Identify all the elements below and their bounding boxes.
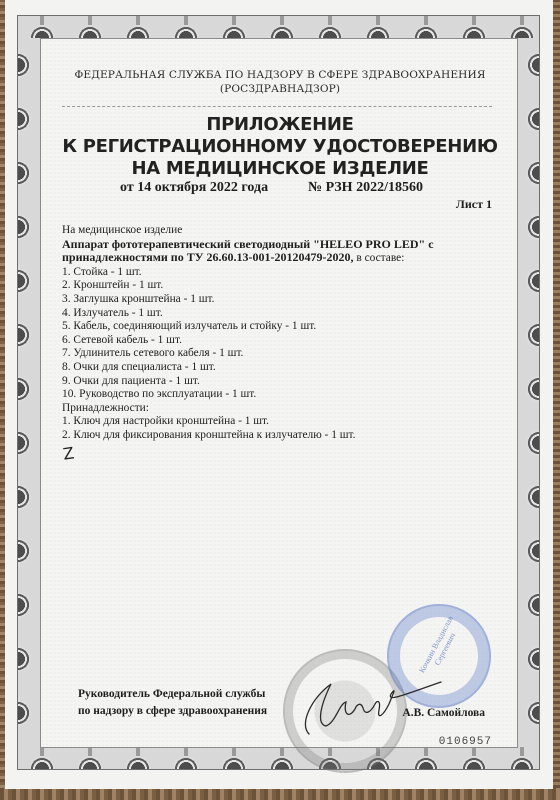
intro-text: На медицинское изделие [62, 224, 502, 238]
title-line-2: К РЕГИСТРАЦИОННОМУ УДОСТОВЕРЕНИЮ [41, 136, 519, 158]
component-item: 10. Руководство по эксплуатации - 1 шт. [62, 388, 502, 402]
signer-position: Руководитель Федеральной службы по надзо… [78, 686, 267, 720]
document-body: На медицинское изделие Аппарат фототерап… [62, 224, 502, 443]
component-item: 7. Удлинитель сетевого кабеля - 1 шт. [62, 347, 502, 361]
component-item: 6. Сетевой кабель - 1 шт. [62, 334, 502, 348]
serial-number: 0106957 [439, 736, 492, 748]
ornamental-border-bottom [18, 747, 539, 769]
component-item: 9. Очки для пациента - 1 шт. [62, 375, 502, 389]
signer-position-line-2: по надзору в сфере здравоохранения [78, 703, 267, 720]
agency-header: ФЕДЕРАЛЬНАЯ СЛУЖБА ПО НАДЗОРУ В СФЕРЕ ЗД… [41, 68, 519, 96]
title-line-3: НА МЕДИЦИНСКОЕ ИЗДЕЛИЕ [41, 158, 519, 180]
title-line-1: ПРИЛОЖЕНИЕ [41, 114, 519, 136]
agency-name: ФЕДЕРАЛЬНАЯ СЛУЖБА ПО НАДЗОРУ В СФЕРЕ ЗД… [41, 68, 519, 82]
background-wood-bottom [0, 788, 560, 800]
device-name-line-1: Аппарат фототерапевтический светодиодный… [62, 238, 502, 252]
sheet-number: Лист 1 [456, 197, 492, 212]
component-item: 8. Очки для специалиста - 1 шт. [62, 361, 502, 375]
ornamental-border-right [517, 38, 539, 748]
component-item: 4. Излучатель - 1 шт. [62, 307, 502, 321]
accessories-label: Принадлежности: [62, 402, 502, 416]
accessory-item: 2. Ключ для фиксирования кронштейна к из… [62, 429, 502, 443]
component-item: 3. Заглушка кронштейна - 1 шт. [62, 293, 502, 307]
header-divider [62, 106, 492, 107]
device-spec: принадлежностями по ТУ 26.60.13-001-2012… [62, 250, 354, 264]
background-wood-right [552, 0, 560, 800]
signer-position-line-1: Руководитель Федеральной службы [78, 686, 267, 703]
signer-name: А.В. Самойлова [402, 707, 485, 719]
ornamental-border-left [18, 38, 40, 748]
component-item: 2. Кронштейн - 1 шт. [62, 279, 502, 293]
agency-abbreviation: (РОСЗДРАВНАДЗОР) [41, 82, 519, 96]
accessory-item: 1. Ключ для настройки кронштейна - 1 шт. [62, 415, 502, 429]
device-name-line-2: принадлежностями по ТУ 26.60.13-001-2012… [62, 251, 502, 266]
component-item: 1. Стойка - 1 шт. [62, 266, 502, 280]
signature [291, 664, 451, 744]
issue-date: от 14 октября 2022 года [120, 180, 268, 196]
document-title: ПРИЛОЖЕНИЕ К РЕГИСТРАЦИОННОМУ УДОСТОВЕРЕ… [41, 114, 519, 180]
document-content: ФЕДЕРАЛЬНАЯ СЛУЖБА ПО НАДЗОРУ В СФЕРЕ ЗД… [40, 38, 518, 748]
composition-label: в составе: [354, 252, 405, 264]
component-item: 5. Кабель, соединяющий излучатель и стой… [62, 320, 502, 334]
registration-number: № РЗН 2022/18560 [308, 180, 423, 196]
end-of-list-mark: Z [62, 443, 76, 463]
